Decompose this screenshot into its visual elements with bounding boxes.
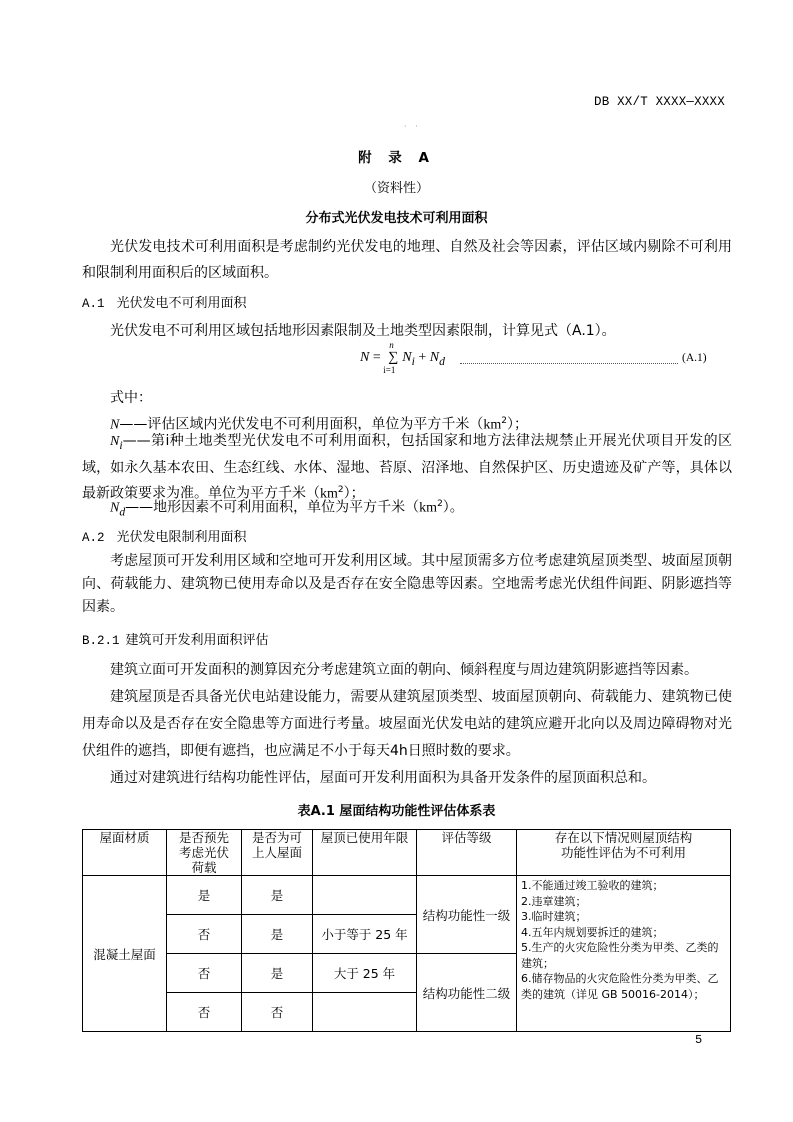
exclusion-item: 6.储存物品的火灾危险性分类为甲类、乙类的建筑（详见 GB 50016-2014… xyxy=(521,971,726,1002)
formula-term2-sub: d xyxy=(439,355,445,368)
section-heading-a1: A.1光伏发电不可利用面积 xyxy=(82,292,247,311)
grade-cell-2: 结构功能性二级 xyxy=(417,954,517,1032)
sum-upper: n xyxy=(389,340,394,350)
definition-nd: Nd——地形因素不可利用面积，单位为平方千米（km2）。 xyxy=(82,491,732,525)
def-text: ——地形因素不可利用面积，单位为平方千米（ xyxy=(125,500,419,516)
b21-paragraph-3: 通过对建筑进行结构功能性评估，屋面可开发利用面积为具备开发条件的屋顶面积总和。 xyxy=(82,765,732,791)
table-row: 混凝土屋面 是 是 结构功能性一级 1.不能通过竣工验收的建筑； 2.违章建筑；… xyxy=(83,876,731,915)
formula-a1: N = n∑i=1Ni + Nd xyxy=(360,350,445,368)
def-symbol: N xyxy=(110,434,119,449)
pv-load-cell: 否 xyxy=(167,993,242,1032)
accessible-cell: 是 xyxy=(242,876,313,915)
header-pv-load: 是否预先考虑光伏荷载 xyxy=(167,830,242,876)
years-cell: 小于等于 25 年 xyxy=(313,915,417,954)
section-title: 光伏发电限制利用面积 xyxy=(117,530,247,545)
exclusion-item: 1.不能通过竣工验收的建筑； xyxy=(521,878,726,894)
formula-number: (A.1) xyxy=(682,352,707,364)
section-title: 建筑可开发利用面积评估 xyxy=(126,633,269,648)
years-cell: 大于 25 年 xyxy=(313,954,417,993)
section-number: B.2.1 xyxy=(82,634,120,648)
header-years: 屋顶已使用年限 xyxy=(313,830,417,876)
b21-paragraph-1: 建筑立面可开发面积的测算因充分考虑建筑立面的朝向、倾斜程度与周边建筑阴影遮挡等因… xyxy=(82,657,732,683)
material-cell: 混凝土屋面 xyxy=(83,876,167,1032)
formula-lhs: N xyxy=(360,350,369,365)
formula-term1: N xyxy=(402,350,411,365)
b21-paragraph-2: 建筑屋顶是否具备光伏电站建设能力，需要从建筑屋顶类型、坡面屋顶朝向、荷载能力、建… xyxy=(82,684,732,765)
sum-symbol: n∑i=1 xyxy=(386,350,400,366)
def-symbol: N xyxy=(110,501,119,516)
section-a2-body: 考虑屋顶可开发利用区域和空地可开发利用区域。其中屋顶需多方位考虑建筑屋顶类型、坡… xyxy=(82,550,732,619)
header-accessible: 是否为可上人屋面 xyxy=(242,830,313,876)
years-cell xyxy=(313,993,417,1032)
years-cell xyxy=(313,876,417,915)
formula-eq: = xyxy=(369,350,384,365)
header-grade: 评估等级 xyxy=(417,830,517,876)
section-number: A.2 xyxy=(82,531,105,545)
formula-term2: N xyxy=(430,350,439,365)
grade-cell-1: 结构功能性一级 xyxy=(417,876,517,954)
section-number: A.1 xyxy=(82,297,105,311)
accessible-cell: 是 xyxy=(242,915,313,954)
def-unit: km xyxy=(419,501,437,516)
formula-plus: + xyxy=(415,350,430,365)
header-material: 屋面材质 xyxy=(83,830,167,876)
accessible-cell: 否 xyxy=(242,993,313,1032)
exclusion-item: 2.违章建筑； xyxy=(521,894,726,910)
table-caption: 表A.1 屋面结构功能性评估体系表 xyxy=(0,800,793,819)
section-title: 光伏发电不可利用面积 xyxy=(117,296,247,311)
section-heading-b21: B.2.1建筑可开发利用面积评估 xyxy=(82,629,269,648)
roof-evaluation-table: 屋面材质 是否预先考虑光伏荷载 是否为可上人屋面 屋顶已使用年限 评估等级 存在… xyxy=(82,829,731,1032)
page-number: 5 xyxy=(695,1033,702,1047)
sigma: ∑ xyxy=(388,350,398,365)
exclusion-item: 3.临时建筑； xyxy=(521,909,726,925)
section-heading-a2: A.2光伏发电限制利用面积 xyxy=(82,526,247,545)
accessible-cell: 是 xyxy=(242,954,313,993)
intro-paragraph: 光伏发电技术可利用面积是考虑制约光伏发电的地理、自然及社会等因素，评估区域内剔除… xyxy=(82,234,732,286)
pv-load-cell: 是 xyxy=(167,876,242,915)
document-code: DB XX/T XXXX—XXXX xyxy=(594,95,725,109)
sum-lower: i=1 xyxy=(383,365,395,375)
table-header-row: 屋面材质 是否预先考虑光伏荷载 是否为可上人屋面 屋顶已使用年限 评估等级 存在… xyxy=(83,830,731,876)
pv-load-cell: 否 xyxy=(167,915,242,954)
exclusions-cell: 1.不能通过竣工验收的建筑； 2.违章建筑； 3.临时建筑； 4.五年内规划要拆… xyxy=(517,876,731,1032)
exclusion-item: 4.五年内规划要拆迁的建筑； xyxy=(521,925,726,941)
section-a1-body: 光伏发电不可利用区域包括地形因素限制及土地类型因素限制，计算见式（A.1）。 xyxy=(82,318,732,344)
formula-leader-dots xyxy=(460,350,678,364)
exclusion-item: 5.生产的火灾危险性分类为甲类、乙类的建筑； xyxy=(521,940,726,971)
appendix-name: 分布式光伏发电技术可利用面积 xyxy=(0,207,793,226)
def-tail: ）。 xyxy=(443,500,464,516)
pv-load-cell: 否 xyxy=(167,954,242,993)
decorative-dots: · · xyxy=(404,122,421,131)
appendix-title: 附 录 A xyxy=(0,146,793,166)
appendix-nature: （资料性） xyxy=(0,177,793,196)
header-exclusions: 存在以下情况则屋顶结构功能性评估为不可利用 xyxy=(517,830,731,876)
